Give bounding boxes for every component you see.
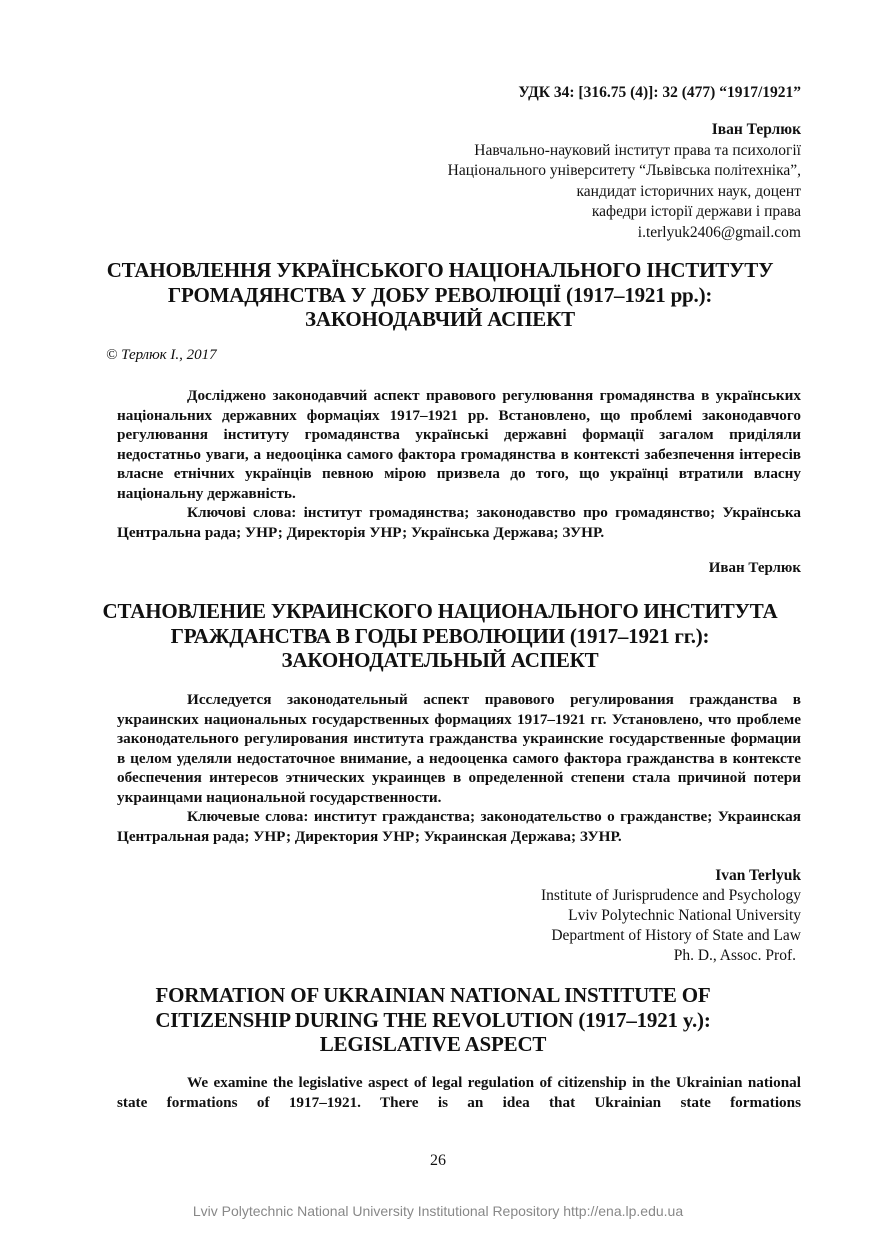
ua-author-block: Іван Терлюк Навчально-науковий інститут … (448, 120, 801, 243)
ua-affiliation-line: кандидат історичних наук, доцент (448, 182, 801, 203)
ru-title: СТАНОВЛЕНИЕ УКРАИНСКОГО НАЦИОНАЛЬНОГО ИН… (90, 599, 790, 673)
en-affiliation-line: Department of History of State and Law (541, 926, 801, 946)
ua-affiliation-line: Національного університету “Львівська по… (448, 161, 801, 182)
title-line: ЗАКОНОДАТЕЛЬНЫЙ АСПЕКТ (90, 648, 790, 673)
ru-abstract-text: Исследуется законодательный аспект право… (117, 690, 801, 807)
title-line: СТАНОВЛЕНИЕ УКРАИНСКОГО НАЦИОНАЛЬНОГО ИН… (90, 599, 790, 624)
ua-affiliation-line: Навчально-науковий інститут права та пси… (448, 141, 801, 162)
title-line: ГРОМАДЯНСТВА У ДОБУ РЕВОЛЮЦІЇ (1917–1921… (90, 283, 790, 308)
repository-footer: Lviv Polytechnic National University Ins… (0, 1203, 876, 1219)
title-line: CITIZENSHIP DURING THE REVOLUTION (1917–… (80, 1008, 786, 1033)
ua-keywords: Ключові слова: інститут громадянства; за… (117, 503, 801, 542)
en-abstract: We examine the legislative aspect of leg… (117, 1073, 801, 1112)
ru-keywords: Ключевые слова: институт гражданства; за… (117, 807, 801, 846)
ua-author-email[interactable]: i.terlyuk2406@gmail.com (448, 223, 801, 244)
en-author-name: Ivan Terlyuk (541, 866, 801, 886)
en-author-block: Ivan Terlyuk Institute of Jurisprudence … (541, 866, 801, 966)
copyright-notice: © Терлюк І., 2017 (106, 347, 217, 364)
ua-author-name: Іван Терлюк (448, 120, 801, 141)
title-line: СТАНОВЛЕННЯ УКРАЇНСЬКОГО НАЦІОНАЛЬНОГО І… (90, 258, 790, 283)
ua-title: СТАНОВЛЕННЯ УКРАЇНСЬКОГО НАЦІОНАЛЬНОГО І… (90, 258, 790, 332)
en-title: FORMATION OF UKRAINIAN NATIONAL INSTITUT… (80, 983, 786, 1057)
title-line: ЗАКОНОДАВЧИЙ АСПЕКТ (90, 307, 790, 332)
title-line: FORMATION OF UKRAINIAN NATIONAL INSTITUT… (80, 983, 786, 1008)
en-affiliation-line: Institute of Jurisprudence and Psycholog… (541, 886, 801, 906)
title-line: ГРАЖДАНСТВА В ГОДЫ РЕВОЛЮЦИИ (1917–1921 … (90, 624, 790, 649)
title-line: LEGISLATIVE ASPECT (80, 1032, 786, 1057)
ru-author-name: Иван Терлюк (709, 560, 801, 577)
udk-code: УДК 34: [316.75 (4)]: 32 (477) “1917/192… (518, 84, 801, 102)
ua-affiliation-line: кафедри історії держави і права (448, 202, 801, 223)
ua-abstract-text: Досліджено законодавчий аспект правового… (117, 386, 801, 503)
ru-abstract: Исследуется законодательный аспект право… (117, 690, 801, 846)
en-affiliation-line: Lviv Polytechnic National University (541, 906, 801, 926)
ua-abstract: Досліджено законодавчий аспект правового… (117, 386, 801, 542)
page-number: 26 (0, 1152, 876, 1170)
en-abstract-text: We examine the legislative aspect of leg… (117, 1073, 801, 1112)
en-affiliation-line: Ph. D., Assoc. Prof. (541, 946, 801, 966)
